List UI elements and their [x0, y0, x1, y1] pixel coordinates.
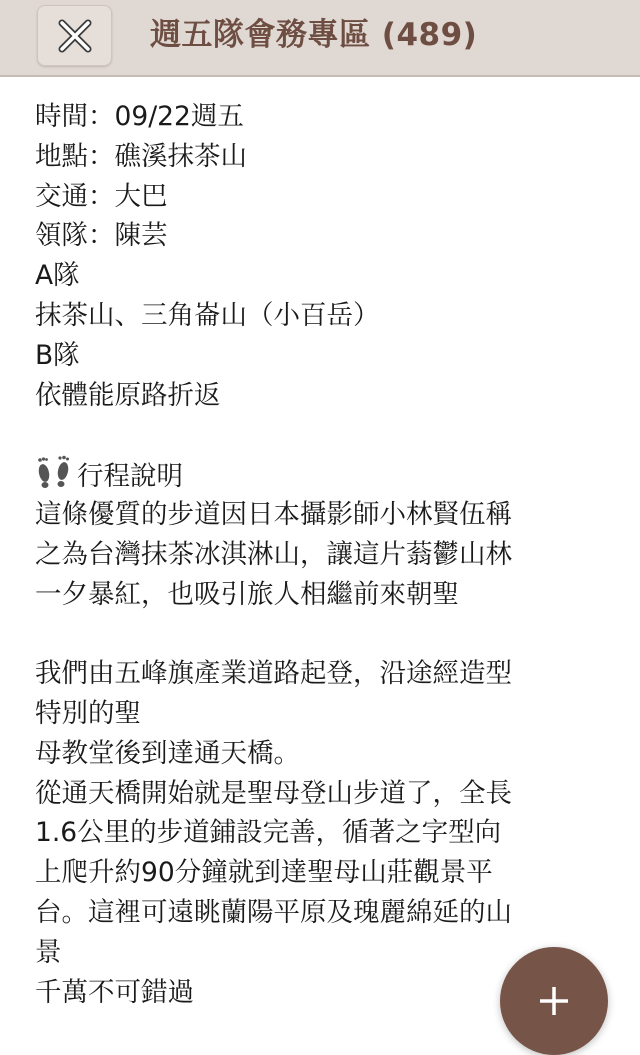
paragraph-line: 從通天橋開始就是聖母登山步道了，全長 [35, 774, 605, 814]
spacer [35, 614, 605, 654]
paragraph-line: 上爬升約90分鐘就到達聖母山莊觀景平 [35, 853, 605, 893]
close-button[interactable] [37, 5, 112, 66]
paragraph-line: 1.6公里的步道鋪設完善，循著之字型向 [35, 813, 605, 853]
team-a-route: 抹茶山、三角崙山（小百岳） [35, 296, 605, 336]
paragraph-line: 母教堂後到達通天橋。 [35, 734, 605, 774]
post-content: 時間：09/22週五 地點：礁溪抹茶山 交通：大巴 領隊：陳芸 A隊 抹茶山、三… [35, 97, 605, 1012]
page-title: 週五隊會務專區 (489) [150, 12, 477, 58]
paragraph-line: 這條優質的步道因日本攝影師小林賢伍稱 [35, 495, 605, 535]
spacer [35, 415, 605, 455]
close-icon [56, 17, 94, 55]
team-b-label: B隊 [35, 336, 605, 376]
section-heading: 行程說明 [35, 455, 605, 495]
plus-icon [536, 983, 572, 1019]
team-a-label: A隊 [35, 256, 605, 296]
info-leader: 領隊：陳芸 [35, 216, 605, 256]
team-b-route: 依體能原路折返 [35, 376, 605, 416]
info-time: 時間：09/22週五 [35, 97, 605, 137]
paragraph-line: 之為台灣抹茶冰淇淋山，讓這片蓊鬱山林 [35, 535, 605, 575]
info-location: 地點：礁溪抹茶山 [35, 137, 605, 177]
app-header: 週五隊會務專區 (489) [0, 0, 640, 77]
paragraph-line: 我們由五峰旗產業道路起登，沿途經造型 [35, 654, 605, 694]
paragraph-line: 特別的聖 [35, 694, 605, 734]
info-transport: 交通：大巴 [35, 177, 605, 217]
paragraph-line: 一夕暴紅，也吸引旅人相繼前來朝聖 [35, 575, 605, 615]
paragraph-line: 台。這裡可遠眺蘭陽平原及瑰麗綿延的山 [35, 893, 605, 933]
footprints-icon [35, 455, 75, 489]
section-title: 行程說明 [77, 461, 183, 492]
